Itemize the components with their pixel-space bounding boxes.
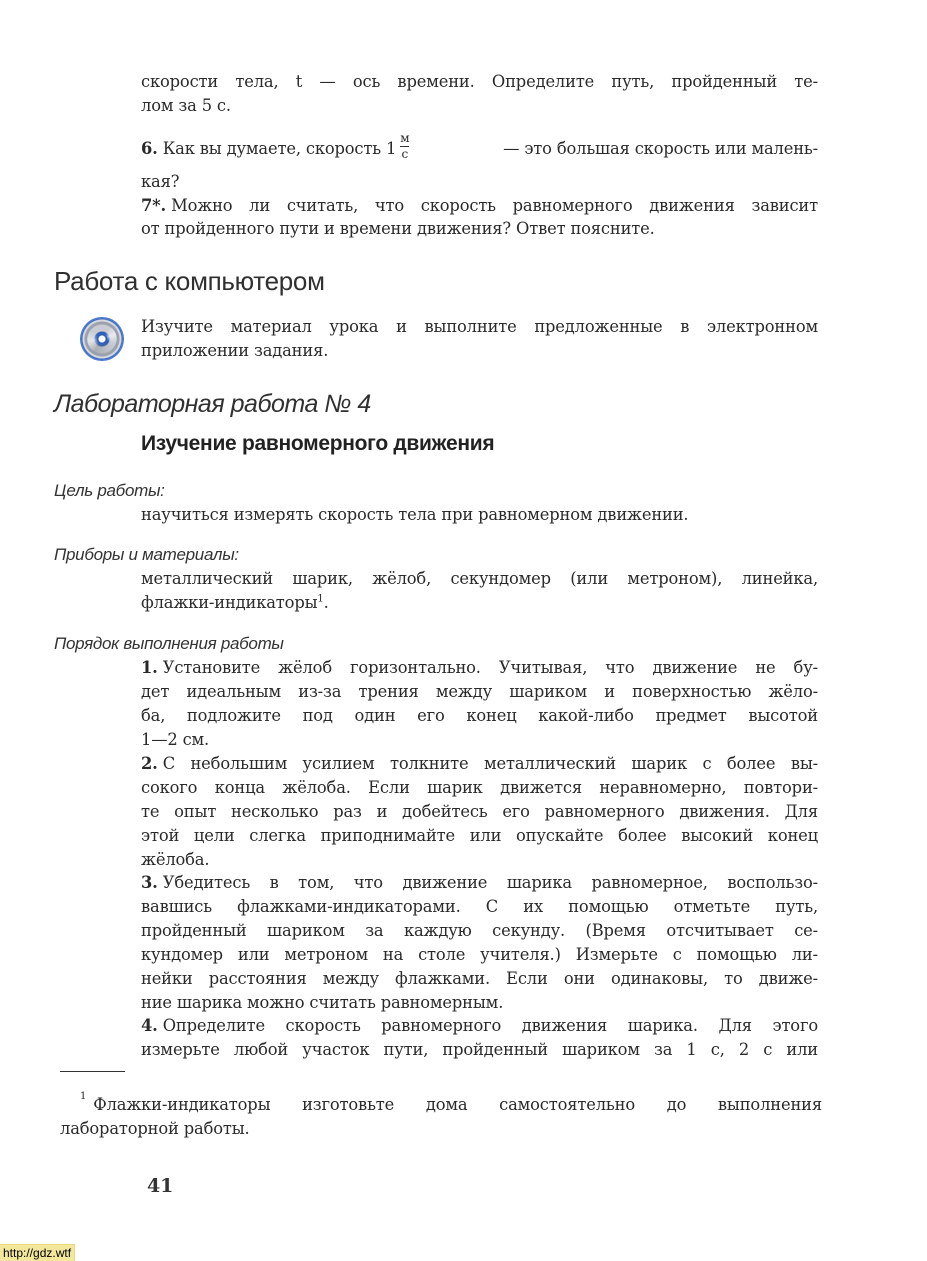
- q6-tail: кая?: [141, 172, 179, 191]
- step-4-line-2: измерьте любой участок пути, пройденный …: [141, 1040, 818, 1059]
- goal-label: Цель работы:: [54, 481, 165, 501]
- step-2-line-2: сокого конца жёлоба. Если шарик движется…: [141, 778, 818, 797]
- step-1-text: Установите жёлоб горизонтально. Учитывая…: [163, 658, 818, 677]
- cd-disc-icon: [81, 318, 123, 360]
- step-3-text: Убедитесь в том, что движение шарика рав…: [163, 873, 818, 892]
- footnote-divider: [60, 1071, 125, 1072]
- step-2-text: С небольшим усилием толкните металлическ…: [163, 754, 818, 773]
- q6-fraction-denominator: с: [400, 148, 409, 161]
- q6-fraction: м с: [400, 132, 409, 161]
- q5-line-2: лом за 5 с.: [141, 96, 231, 115]
- step-3-line-2: вавшись флажками-индикаторами. С их помо…: [141, 897, 818, 916]
- q6-fraction-numerator: м: [400, 132, 409, 145]
- materials-line-2-text: флажки-индикаторы: [141, 593, 317, 612]
- step-3-line-3: пройденный шариком за каждую секунду. (В…: [141, 921, 818, 940]
- footnote-line-1: 1 Флажки-индикаторы изготовьте дома само…: [80, 1095, 822, 1114]
- watermark-link[interactable]: http://gdz.wtf: [0, 1244, 75, 1261]
- materials-line-1: металлический шарик, жёлоб, секундомер (…: [141, 569, 818, 588]
- materials-line-2: флажки-индикаторы1.: [141, 593, 329, 612]
- computer-line-1: Изучите материал урока и выполните предл…: [141, 317, 818, 336]
- q7-number: 7*.: [141, 196, 166, 215]
- step-4-number: 4.: [141, 1016, 158, 1035]
- q5-line-1: скорости тела, t — ось времени. Определи…: [141, 72, 818, 91]
- footnote-mark: 1: [80, 1097, 86, 1116]
- step-2-line-1: 2. С небольшим усилием толкните металлич…: [141, 754, 818, 773]
- question-6: 6. Как вы думаете, скорость 1 м с — это …: [141, 134, 818, 163]
- materials-end: .: [324, 593, 329, 612]
- step-4-text: Определите скорость равномерного движени…: [163, 1016, 818, 1035]
- q7-line-1: Можно ли считать, что скорость равномерн…: [171, 196, 818, 215]
- q6-text-before: Как вы думаете, скорость 1: [163, 139, 397, 158]
- question-7: 7*. Можно ли считать, что скорость равно…: [141, 196, 818, 215]
- step-3-line-4: кундомер или метроном на столе учителя.)…: [141, 945, 818, 964]
- footnote-text: Флажки-индикаторы изготовьте дома самост…: [93, 1095, 822, 1114]
- page-number: 41: [147, 1175, 173, 1197]
- q6-number: 6.: [141, 139, 158, 158]
- step-2-line-5: жёлоба.: [141, 850, 209, 869]
- step-2-line-4: этой цели слегка приподнимайте или опуск…: [141, 826, 818, 845]
- lab-heading: Лабораторная работа № 4: [54, 390, 371, 419]
- step-1-line-3: ба, подложите под один его конец какой-л…: [141, 706, 818, 725]
- step-2-number: 2.: [141, 754, 158, 773]
- q7-line-2: от пройденного пути и времени движения? …: [141, 219, 655, 238]
- footnote-line-2: лабораторной работы.: [60, 1119, 250, 1138]
- computer-section-heading: Работа с компьютером: [54, 266, 325, 297]
- step-3-line-6: ние шарика можно считать равномерным.: [141, 993, 503, 1012]
- step-3-line-1: 3. Убедитесь в том, что движение шарика …: [141, 873, 818, 892]
- step-1-line-1: 1. Установите жёлоб горизонтально. Учиты…: [141, 658, 818, 677]
- computer-line-2: приложении задания.: [141, 341, 328, 360]
- step-3-number: 3.: [141, 873, 158, 892]
- q6-text-after: — это большая скорость или малень-: [503, 139, 818, 158]
- step-2-line-3: те опыт несколько раз и добейтесь его ра…: [141, 802, 818, 821]
- procedure-label: Порядок выполнения работы: [54, 634, 284, 654]
- q6-left: 6. Как вы думаете, скорость 1 м с: [141, 134, 413, 163]
- step-1-number: 1.: [141, 658, 158, 677]
- step-1-line-2: дет идеальным из-за трения между шариком…: [141, 682, 818, 701]
- lab-title: Изучение равномерного движения: [141, 432, 494, 456]
- materials-label: Приборы и материалы:: [54, 545, 239, 565]
- step-4-line-1: 4. Определите скорость равномерного движ…: [141, 1016, 818, 1035]
- step-3-line-5: нейки расстояния между флажками. Если он…: [141, 969, 818, 988]
- step-1-line-4: 1—2 см.: [141, 730, 209, 749]
- goal-text: научиться измерять скорость тела при рав…: [141, 505, 688, 524]
